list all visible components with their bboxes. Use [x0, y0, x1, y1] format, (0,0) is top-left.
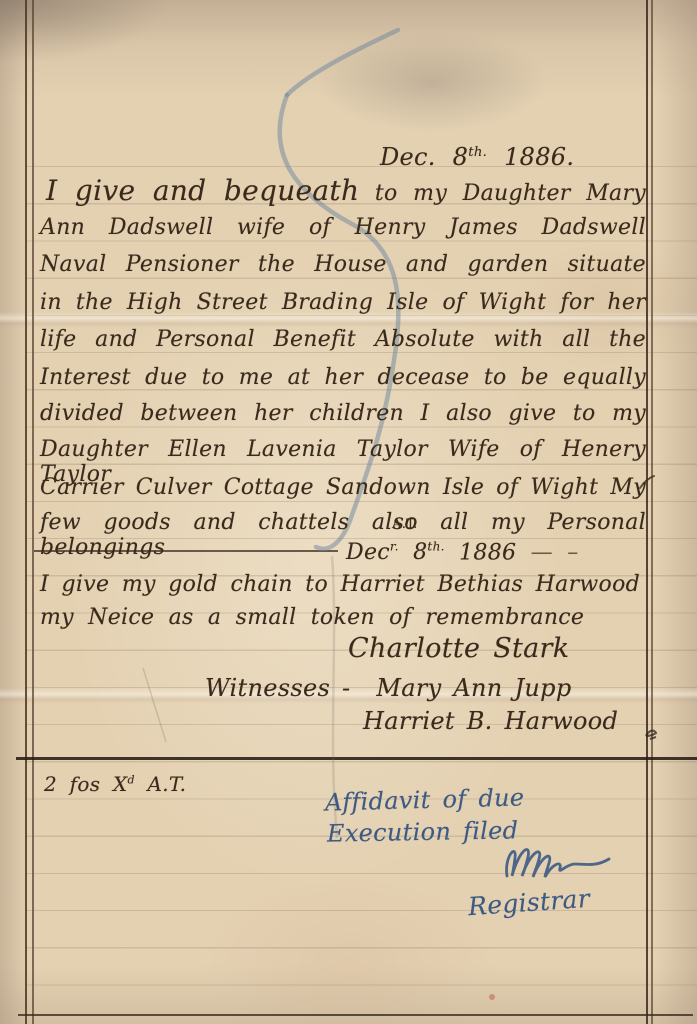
bottom-rule: [18, 1014, 693, 1016]
top-date-line: Dec. 8th. 1886.: [380, 143, 574, 171]
folio-note-text: 2 fos X: [44, 772, 128, 796]
scratch-mark: [143, 668, 166, 742]
will-body-line: divided between her children I also give…: [40, 401, 646, 426]
left-margin-line-inner: [32, 0, 34, 1024]
opening-line-rest: to my Daughter Mary: [375, 181, 646, 206]
mid-date-month: Decr.: [346, 540, 399, 565]
will-opening-line: I give and bequeath to my Daughter Mary: [46, 174, 646, 207]
registrar-signature-scrawl: [507, 849, 609, 877]
approval-initials: A.T.: [392, 517, 418, 532]
witness-line: Witnesses - Mary Ann Jupp: [205, 674, 571, 702]
codicil-line: my Neice as a small token of remembrance: [40, 605, 584, 630]
folio-note-initials: A.T.: [148, 772, 187, 796]
mid-date-line: Decr. 8th. 1886 — –: [346, 540, 579, 565]
top-date-year: 1886.: [504, 143, 574, 171]
will-body-line: in the High Street Brading Isle of Wight…: [40, 290, 646, 315]
will-body-line: Interest due to me at her decease to be …: [40, 365, 646, 390]
mid-date-dashes: — –: [531, 540, 579, 565]
red-stain-dot: [489, 994, 495, 1000]
right-margin-line-outer: [646, 0, 648, 1024]
witness-name: Harriet B. Harwood: [363, 707, 618, 735]
will-body-line: Carrier Culver Cottage Sandown Isle of W…: [40, 475, 646, 500]
top-date-day: 8th.: [453, 143, 487, 171]
witness-name: Mary Ann Jupp: [376, 674, 571, 702]
will-body-line: Naval Pensioner the House and garden sit…: [40, 252, 646, 277]
section-rule: [16, 757, 697, 760]
affidavit-note-line: Affidavit of due: [325, 783, 525, 816]
mid-date-year: 1886: [459, 540, 516, 565]
affidavit-note-line: Execution filed: [327, 816, 519, 847]
right-margin-line-inner: [651, 0, 653, 1024]
codicil-line: I give my gold chain to Harriet Bethias …: [40, 572, 640, 597]
top-date-month: Dec.: [380, 143, 436, 171]
opening-phrase: I give and bequeath: [46, 174, 359, 207]
registrar-title: Registrar: [467, 884, 591, 921]
folio-note-sup: d: [128, 773, 135, 786]
folio-note: 2 fos Xd A.T.: [44, 772, 186, 796]
will-body-line: life and Personal Benefit Absolute with …: [40, 327, 646, 352]
testator-signature: Charlotte Stark: [348, 633, 569, 664]
will-document-page: Dec. 8th. 1886. I give and bequeath to m…: [0, 0, 697, 1024]
will-body-line: Ann Dadswell wife of Henry James Dadswel…: [40, 215, 646, 240]
mid-date-day: 8th.: [413, 540, 445, 565]
top-date-ordinal: th.: [468, 145, 487, 160]
witness-label: Witnesses -: [205, 674, 350, 702]
left-margin-line-outer: [25, 0, 27, 1024]
